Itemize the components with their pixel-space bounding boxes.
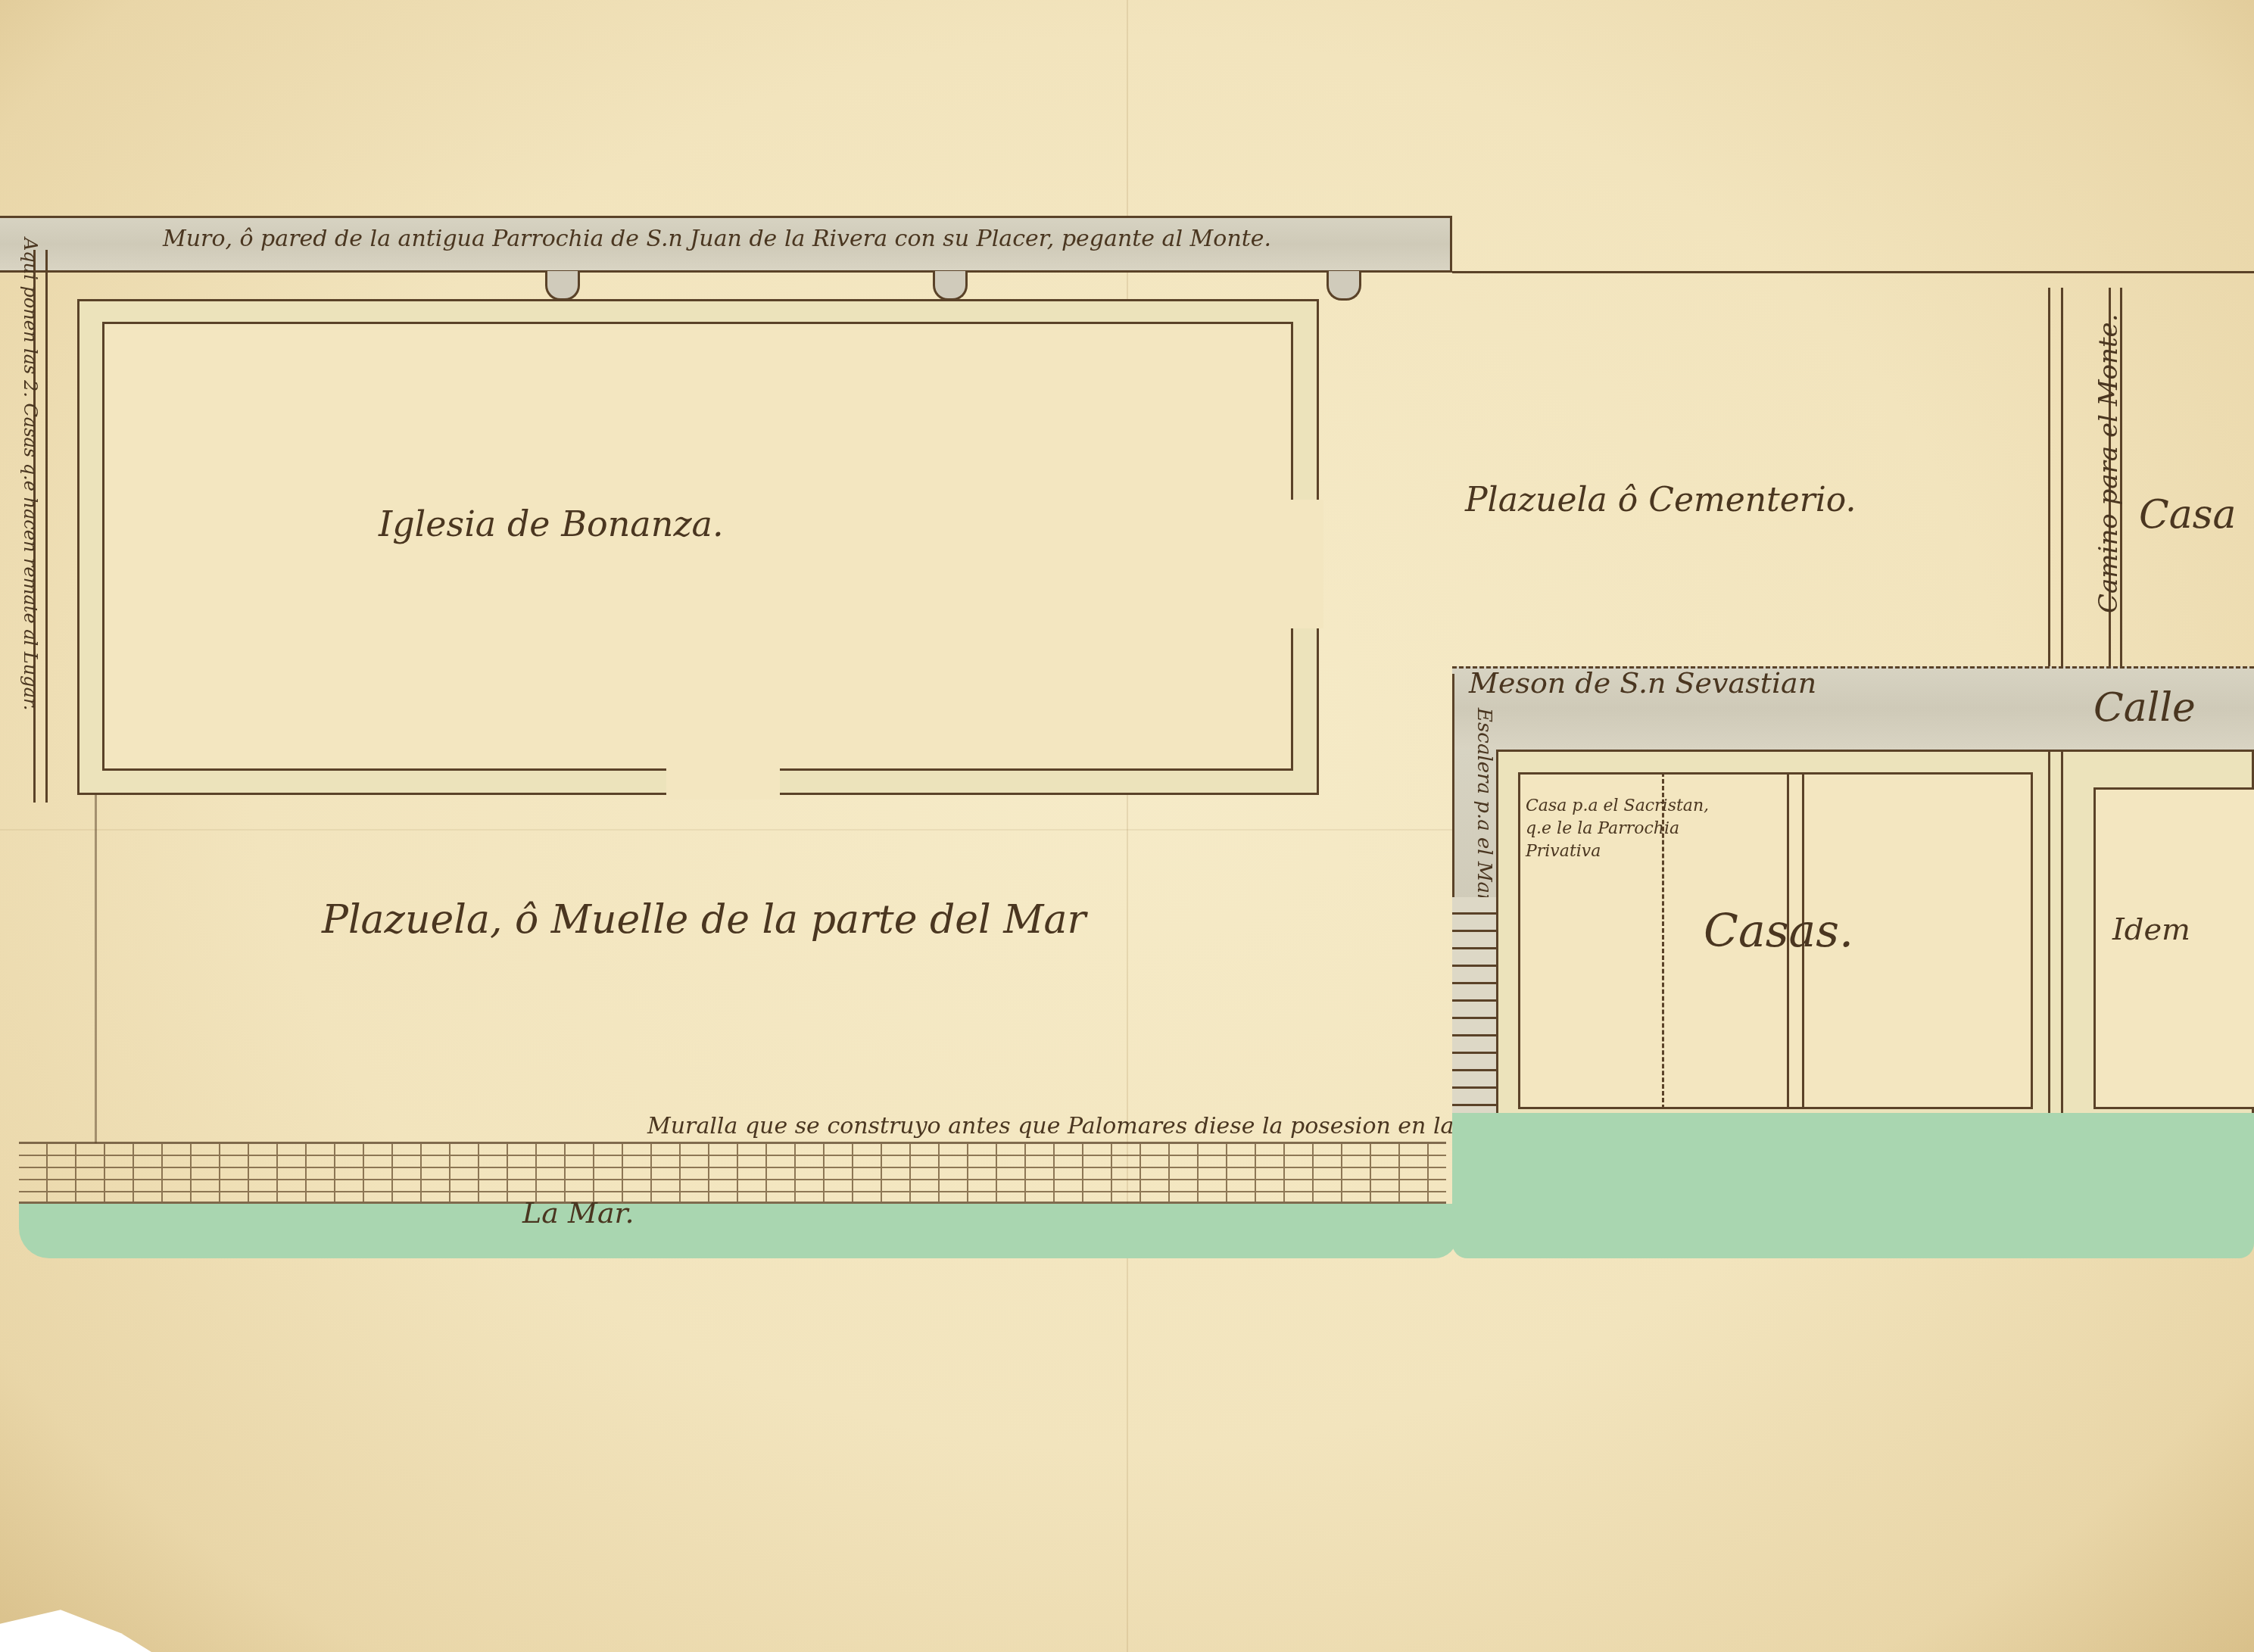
seawall (19, 1142, 1446, 1204)
church-interior (102, 322, 1293, 771)
sea-label: La Mar. (522, 1196, 634, 1230)
sea (1452, 1113, 2254, 1258)
house-right-interior (2093, 787, 2254, 1109)
inn-label: Meson de S.n Sevastian (1469, 666, 1816, 700)
torn-corner (0, 1605, 151, 1652)
sacristan-house-label: Casa p.a el Sacristan, q.e le la Parroch… (1526, 795, 1715, 863)
church-side-door (1287, 500, 1323, 628)
buttress-icon (1327, 271, 1361, 301)
sea (19, 1204, 1457, 1258)
top-wall-label: Muro, ô pared de la antigua Parrochia de… (163, 226, 1271, 252)
lower-plaza-label: Plazuela, ô Muelle de la parte del Mar (322, 897, 1086, 943)
property-line (1452, 271, 2254, 273)
path-line (2048, 288, 2050, 670)
house-wall (2061, 750, 2063, 1132)
left-margin-label: Aqui ponen las 2. Casas q.e hacen remate… (20, 238, 41, 813)
church-front-door (666, 765, 780, 800)
street-label: Calle (2093, 685, 2196, 731)
idem-label: Idem (2112, 912, 2190, 947)
stair-steps (1452, 897, 1496, 1117)
plaza-edge (95, 795, 97, 1143)
houses-label: Casas. (1704, 905, 1853, 958)
map-sheet: Muro, ô pared de la antigua Parrochia de… (0, 0, 2254, 1652)
path-line (2061, 288, 2063, 670)
house-wall (2048, 750, 2050, 1132)
house-top-right-label: Casa (2139, 492, 2236, 538)
church-label: Iglesia de Bonanza. (379, 503, 724, 544)
buttress-icon (933, 271, 968, 301)
margin-line (45, 250, 48, 803)
buttress-icon (545, 271, 580, 301)
upper-plaza-label: Plazuela ô Cementerio. (1465, 481, 1857, 519)
path-label: Camino para el Monte. (2093, 326, 2124, 613)
